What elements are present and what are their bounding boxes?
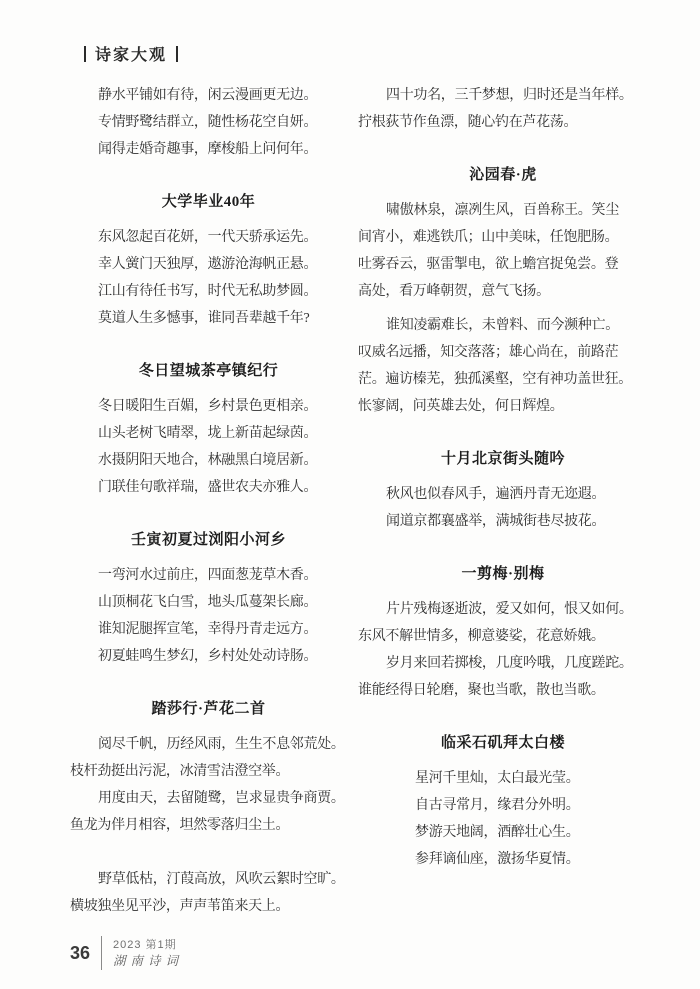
poem-line: 鱼龙为伴月相容，坦然零落归尘土。 xyxy=(70,812,347,839)
poem-line: 片片残梅逐逝波，爱又如何，恨又如何。 xyxy=(358,596,648,623)
poem-line: 谁能经得日轮磨，聚也当歌，散也当歌。 xyxy=(358,677,648,704)
poem-line: 山头老树飞晴翠，垅上新苗起绿茵。 xyxy=(70,420,347,447)
poem-line: 星河千里灿，太白最光莹。 xyxy=(358,765,648,792)
column-left: 静水平铺如有待，闲云漫画更无边。专情野鹭结群立，随性杨花空自妍。闻得走婚奇趣事，… xyxy=(70,82,347,920)
poem: 冬日望城茶亭镇纪行冬日暖阳生百媚，乡村景色更相亲。山头老树飞晴翠，垅上新苗起绿茵… xyxy=(70,358,347,501)
poem-line: 闻得走婚奇趣事，摩梭船上问何年。 xyxy=(70,136,347,163)
poem-line: 横坡独坐见平沙，声声苇笛来天上。 xyxy=(70,893,347,920)
poem-line: 吐雾吞云，驱雷掣电，欲上蟾宫捉兔尝。登 xyxy=(358,251,648,278)
poem-line: 门联佳句歌祥瑞，盛世农夫亦雅人。 xyxy=(70,474,347,501)
poem-line: 参拜谪仙座，激扬华夏情。 xyxy=(358,846,648,873)
poem-title: 大学毕业40年 xyxy=(70,189,347,216)
poem-line: 啸傲林泉，凛冽生风，百兽称王。笑尘 xyxy=(358,197,648,224)
poem-line: 一弯河水过前庄，四面葱茏草木香。 xyxy=(70,562,347,589)
poem-title: 一剪梅·别梅 xyxy=(358,561,648,588)
poem-line: 高处，看万峰朝贺，意气飞扬。 xyxy=(358,278,648,305)
column-right: 四十功名，三千梦想，归时还是当年样。拧根荻节作鱼漂，随心钓在芦花荡。沁园春·虎啸… xyxy=(358,82,648,873)
poem-line: 野草低枯，汀葭高放，风吹云絮时空旷。 xyxy=(70,866,347,893)
poem: 临采石矶拜太白楼星河千里灿，太白最光莹。自古寻常月，缘君分外明。梦游天地阔，酒醉… xyxy=(358,730,648,873)
poem-line: 水摄阴阳天地合，林融黑白境居新。 xyxy=(70,447,347,474)
poem-line: 用度由天，去留随鹭，岂求显贵争商贾。 xyxy=(70,785,347,812)
poem-line: 山顶桐花飞白雪，地头瓜蔓架长廊。 xyxy=(70,589,347,616)
poem-line: 东风不解世情多，柳意婆娑，花意娇娥。 xyxy=(358,623,648,650)
poem-line: 专情野鹭结群立，随性杨花空自妍。 xyxy=(70,109,347,136)
poem: 壬寅初夏过浏阳小河乡一弯河水过前庄，四面葱茏草木香。山顶桐花飞白雪，地头瓜蔓架长… xyxy=(70,527,347,670)
poem: 踏莎行·芦花二首阅尽千帆，历经风雨，生生不息邻荒处。枝杆劲挺出污泥，冰清雪洁澄空… xyxy=(70,696,347,920)
poem-fragment: 四十功名，三千梦想，归时还是当年样。拧根荻节作鱼漂，随心钓在芦花荡。 xyxy=(358,82,648,136)
page-number: 36 xyxy=(70,943,90,964)
footer-divider xyxy=(101,936,102,970)
poem-fragment: 静水平铺如有待，闲云漫画更无边。专情野鹭结群立，随性杨花空自妍。闻得走婚奇趣事，… xyxy=(70,82,347,163)
journal-name: 湖南诗词 xyxy=(113,953,183,969)
poem-line: 四十功名，三千梦想，归时还是当年样。 xyxy=(358,82,648,109)
issue-line: 2023 第1期 xyxy=(113,938,183,953)
poem-line: 莫道人生多憾事，谁同吾辈越千年? xyxy=(70,305,347,332)
poem-line: 梦游天地阔，酒醉壮心生。 xyxy=(358,819,648,846)
poem-line: 拧根荻节作鱼漂，随心钓在芦花荡。 xyxy=(358,109,648,136)
poem-line: 阅尽千帆，历经风雨，生生不息邻荒处。 xyxy=(70,731,347,758)
poem-line: 岁月来回若掷梭，几度吟哦，几度蹉跎。 xyxy=(358,650,648,677)
poem-line: 冬日暖阳生百媚，乡村景色更相亲。 xyxy=(70,393,347,420)
poem: 十月北京街头随吟秋风也似春风手，遍洒丹青无迩遐。闻道京都襄盛举，满城街巷尽披花。 xyxy=(358,446,648,535)
poem: 沁园春·虎啸傲林泉，凛冽生风，百兽称王。笑尘间宵小，难逃铁爪；山中美味，任饱肥肠… xyxy=(358,162,648,420)
poem-line: 茫。遍访榛芜，独孤溪壑，空有神功盖世狂。 xyxy=(358,366,648,393)
poem-line: 秋风也似春风手，遍洒丹青无迩遐。 xyxy=(358,481,648,508)
poem-title: 沁园春·虎 xyxy=(358,162,648,189)
poem-line: 闻道京都襄盛举，满城街巷尽披花。 xyxy=(358,508,648,535)
poem-line: 自古寻常月，缘君分外明。 xyxy=(358,792,648,819)
poem-title: 十月北京街头随吟 xyxy=(358,446,648,473)
issue-info: 2023 第1期 湖南诗词 xyxy=(113,938,183,969)
poem: 大学毕业40年东风忽起百花妍，一代天骄承运先。幸人黉门天独厚，遨游沧海帆正悬。江… xyxy=(70,189,347,332)
poem-line: 江山有待任书写，时代无私助梦圆。 xyxy=(70,278,347,305)
poem-line: 幸人黉门天独厚，遨游沧海帆正悬。 xyxy=(70,251,347,278)
poem-line: 谁知泥腿挥宣笔，幸得丹青走远方。 xyxy=(70,616,347,643)
poem-line: 间宵小，难逃铁爪；山中美味，任饱肥肠。 xyxy=(358,224,648,251)
poem-line: 谁知凌霸难长，未曾料、而今濒种亡。 xyxy=(358,312,648,339)
page-footer: 36 2023 第1期 湖南诗词 xyxy=(70,936,183,970)
section-header: 诗家大观 xyxy=(84,42,178,65)
poem-title: 踏莎行·芦花二首 xyxy=(70,696,347,723)
poem-line: 枝杆劲挺出污泥，冰清雪洁澄空举。 xyxy=(70,758,347,785)
poem-title: 临采石矶拜太白楼 xyxy=(358,730,648,757)
poem-line: 叹威名远播，知交落落；雄心尚在，前路茫 xyxy=(358,339,648,366)
poem: 一剪梅·别梅片片残梅逐逝波，爱又如何，恨又如何。东风不解世情多，柳意婆娑，花意娇… xyxy=(358,561,648,704)
header-right-bar-icon xyxy=(176,46,178,62)
poem-line: 初夏蛙鸣生梦幻，乡村处处动诗肠。 xyxy=(70,643,347,670)
poem-line: 怅寥阔，问英雄去处，何日辉煌。 xyxy=(358,393,648,420)
poem-title: 壬寅初夏过浏阳小河乡 xyxy=(70,527,347,554)
header-left-bar-icon xyxy=(84,46,86,62)
poem-line: 东风忽起百花妍，一代天骄承运先。 xyxy=(70,224,347,251)
section-header-label: 诗家大观 xyxy=(95,42,167,65)
journal-page: 诗家大观 静水平铺如有待，闲云漫画更无边。专情野鹭结群立，随性杨花空自妍。闻得走… xyxy=(0,0,700,989)
poem-title: 冬日望城茶亭镇纪行 xyxy=(70,358,347,385)
poem-line: 静水平铺如有待，闲云漫画更无边。 xyxy=(70,82,347,109)
